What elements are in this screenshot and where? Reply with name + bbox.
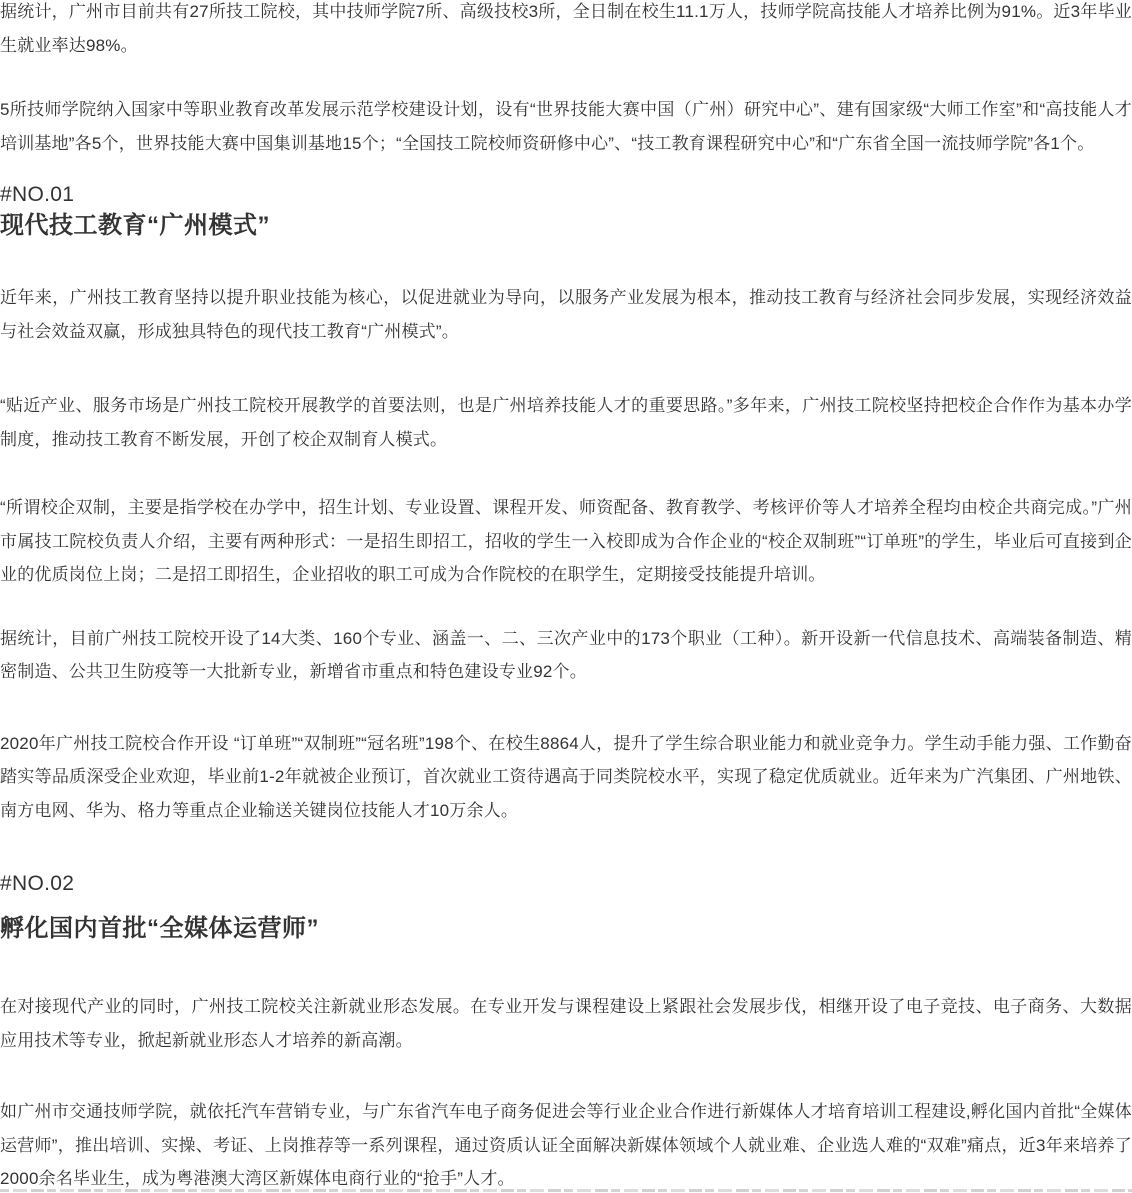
article-body: 据统计，广州市目前共有27所技工院校，其中技师学院7所、高级技校3所，全日制在校…: [0, 0, 1132, 1193]
intro-paragraph-1: 据统计，广州市目前共有27所技工院校，其中技师学院7所、高级技校3所，全日制在校…: [0, 0, 1132, 62]
section-1-paragraph-2: “贴近产业、服务市场是广州技工院校开展教学的首要法则，也是广州培养技能人才的重要…: [0, 389, 1132, 456]
section-2-number: #NO.02: [0, 869, 1132, 898]
section-2-paragraph-2: 如广州市交通技师学院，就依托汽车营销专业，与广东省汽车电子商务促进会等行业企业合…: [0, 1095, 1132, 1193]
section-2-title: 孵化国内首批“全媒体运营师”: [0, 912, 1132, 946]
intro-paragraph-2: 5所技师学院纳入国家中等职业教育改革发展示范学校建设计划，设有“世界技能大赛中国…: [0, 93, 1132, 160]
section-1-number: #NO.01: [0, 180, 1132, 209]
cropped-next-line: [0, 1189, 1132, 1192]
section-1-paragraph-4: 据统计，目前广州技工院校开设了14大类、160个专业、涵盖一、二、三次产业中的1…: [0, 622, 1132, 689]
section-2-paragraph-1: 在对接现代产业的同时，广州技工院校关注新就业形态发展。在专业开发与课程建设上紧跟…: [0, 990, 1132, 1057]
section-1-paragraph-1: 近年来，广州技工教育坚持以提升职业技能为核心，以促进就业为导向，以服务产业发展为…: [0, 281, 1132, 348]
section-1-paragraph-3: “所谓校企双制，主要是指学校在办学中，招生计划、专业设置、课程开发、师资配备、教…: [0, 491, 1132, 592]
section-1-paragraph-5: 2020年广州技工院校合作开设 “订单班”“双制班”“冠名班”198个、在校生8…: [0, 727, 1132, 828]
section-1-title: 现代技工教育“广州模式”: [0, 209, 1132, 243]
